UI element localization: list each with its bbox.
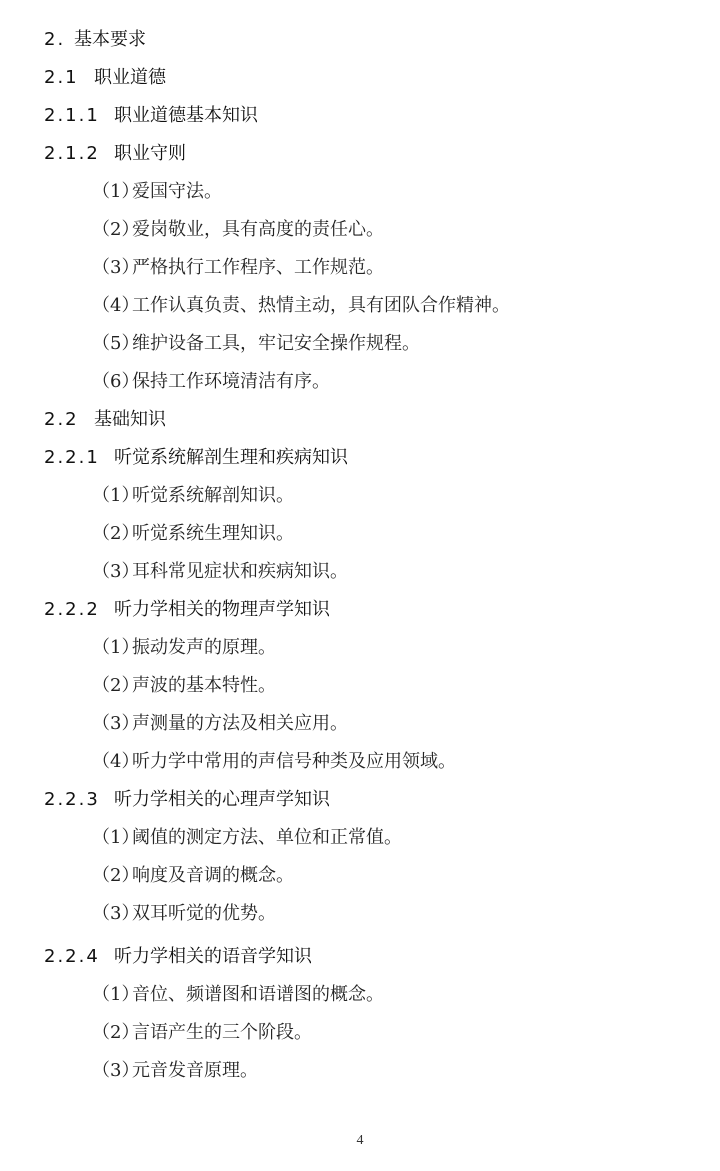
section-heading-2-1: 2.1职业道德	[44, 59, 166, 97]
list-item: （3）严格执行工作程序、工作规范。	[92, 249, 384, 287]
section-heading-2: 2.基本要求	[44, 21, 146, 59]
section-number: 2.1	[44, 59, 94, 97]
section-heading-2-1-2: 2.1.2职业守则	[44, 135, 186, 173]
document-page: 2.基本要求 2.1职业道德 2.1.1职业道德基本知识 2.1.2职业守则 （…	[0, 0, 720, 1171]
list-marker: （3）	[92, 895, 132, 933]
list-item: （5）维护设备工具，牢记安全操作规程。	[92, 325, 420, 363]
list-marker: （1）	[92, 629, 132, 667]
list-text: 耳科常见症状和疾病知识。	[132, 561, 348, 582]
list-marker: （3）	[92, 1052, 132, 1090]
section-heading-2-1-1: 2.1.1职业道德基本知识	[44, 97, 258, 135]
list-item: （1）听觉系统解剖知识。	[92, 477, 294, 515]
list-marker: （2）	[92, 857, 132, 895]
list-item: （2）言语产生的三个阶段。	[92, 1014, 312, 1052]
list-text: 工作认真负责、热情主动，具有团队合作精神。	[132, 295, 510, 316]
list-item: （1）阈值的测定方法、单位和正常值。	[92, 819, 402, 857]
section-number: 2.2	[44, 401, 94, 439]
section-title: 基础知识	[94, 409, 166, 430]
section-title: 职业守则	[114, 143, 186, 164]
list-marker: （2）	[92, 211, 132, 249]
list-item: （2）听觉系统生理知识。	[92, 515, 294, 553]
list-item: （1）音位、频谱图和语谱图的概念。	[92, 976, 384, 1014]
list-marker: （2）	[92, 667, 132, 705]
list-text: 阈值的测定方法、单位和正常值。	[132, 827, 402, 848]
list-item: （6）保持工作环境清洁有序。	[92, 363, 330, 401]
list-text: 元音发音原理。	[132, 1060, 258, 1081]
section-number: 2.	[44, 21, 74, 59]
list-text: 听力学中常用的声信号种类及应用领域。	[132, 751, 456, 772]
list-item: （2）爱岗敬业，具有高度的责任心。	[92, 211, 384, 249]
list-marker: （1）	[92, 477, 132, 515]
list-text: 言语产生的三个阶段。	[132, 1022, 312, 1043]
list-text: 音位、频谱图和语谱图的概念。	[132, 984, 384, 1005]
list-text: 振动发声的原理。	[132, 637, 276, 658]
list-text: 爱国守法。	[132, 181, 222, 202]
section-title: 听力学相关的物理声学知识	[114, 599, 330, 620]
list-item: （1）振动发声的原理。	[92, 629, 276, 667]
list-marker: （3）	[92, 553, 132, 591]
section-heading-2-2-2: 2.2.2听力学相关的物理声学知识	[44, 591, 330, 629]
section-number: 2.1.1	[44, 97, 114, 135]
section-title: 听力学相关的语音学知识	[114, 946, 312, 967]
list-marker: （2）	[92, 1014, 132, 1052]
list-item: （3）声测量的方法及相关应用。	[92, 705, 348, 743]
list-marker: （5）	[92, 325, 132, 363]
section-number: 2.2.1	[44, 439, 114, 477]
list-text: 听觉系统解剖知识。	[132, 485, 294, 506]
list-marker: （4）	[92, 743, 132, 781]
list-text: 听觉系统生理知识。	[132, 523, 294, 544]
list-marker: （3）	[92, 249, 132, 287]
list-text: 双耳听觉的优势。	[132, 903, 276, 924]
section-number: 2.1.2	[44, 135, 114, 173]
list-item: （3）元音发音原理。	[92, 1052, 258, 1090]
section-title: 基本要求	[74, 29, 146, 50]
section-heading-2-2: 2.2基础知识	[44, 401, 166, 439]
list-marker: （1）	[92, 819, 132, 857]
list-item: （3）耳科常见症状和疾病知识。	[92, 553, 348, 591]
section-title: 职业道德基本知识	[114, 105, 258, 126]
section-number: 2.2.2	[44, 591, 114, 629]
list-item: （1）爱国守法。	[92, 173, 222, 211]
list-marker: （4）	[92, 287, 132, 325]
section-number: 2.2.4	[44, 938, 114, 976]
list-marker: （2）	[92, 515, 132, 553]
list-text: 严格执行工作程序、工作规范。	[132, 257, 384, 278]
list-item: （2）响度及音调的概念。	[92, 857, 294, 895]
section-heading-2-2-4: 2.2.4听力学相关的语音学知识	[44, 938, 312, 976]
list-item: （4）听力学中常用的声信号种类及应用领域。	[92, 743, 456, 781]
list-marker: （1）	[92, 173, 132, 211]
list-text: 维护设备工具，牢记安全操作规程。	[132, 333, 420, 354]
section-title: 听觉系统解剖生理和疾病知识	[114, 447, 348, 468]
page-number: 4	[0, 1133, 720, 1149]
list-item: （2）声波的基本特性。	[92, 667, 276, 705]
list-marker: （6）	[92, 363, 132, 401]
list-text: 声波的基本特性。	[132, 675, 276, 696]
list-text: 爱岗敬业，具有高度的责任心。	[132, 219, 384, 240]
list-text: 声测量的方法及相关应用。	[132, 713, 348, 734]
section-title: 听力学相关的心理声学知识	[114, 789, 330, 810]
list-item: （4）工作认真负责、热情主动，具有团队合作精神。	[92, 287, 510, 325]
list-marker: （1）	[92, 976, 132, 1014]
list-text: 响度及音调的概念。	[132, 865, 294, 886]
section-title: 职业道德	[94, 67, 166, 88]
section-heading-2-2-1: 2.2.1听觉系统解剖生理和疾病知识	[44, 439, 348, 477]
section-heading-2-2-3: 2.2.3听力学相关的心理声学知识	[44, 781, 330, 819]
list-text: 保持工作环境清洁有序。	[132, 371, 330, 392]
section-number: 2.2.3	[44, 781, 114, 819]
list-marker: （3）	[92, 705, 132, 743]
list-item: （3）双耳听觉的优势。	[92, 895, 276, 933]
